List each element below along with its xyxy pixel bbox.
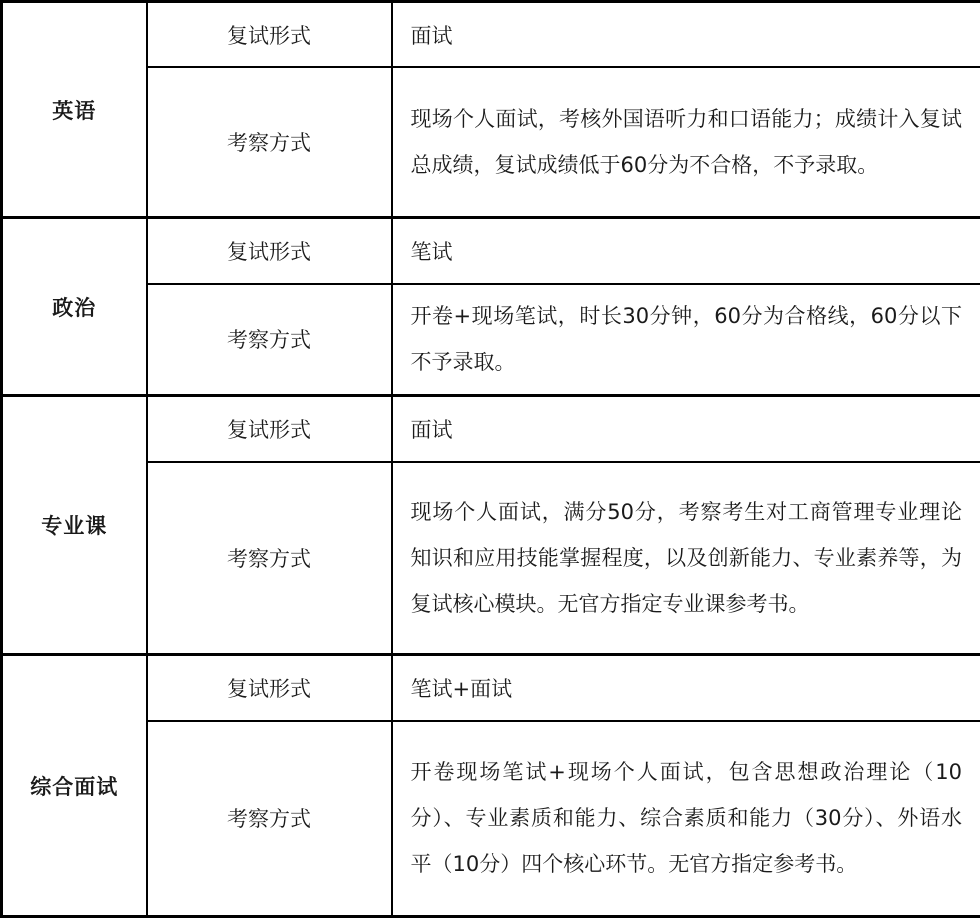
method-value-cell: 开卷+现场笔试，时长30分钟，60分为合格线，60分以下不予录取。 — [392, 284, 980, 396]
table-row: 考察方式 现场个人面试，满分50分，考察考生对工商管理专业理论知识和应用技能掌握… — [2, 462, 980, 655]
table-row: 考察方式 开卷现场笔试+现场个人面试，包含思想政治理论（10分）、专业素质和能力… — [2, 721, 980, 917]
form-label-cell: 复试形式 — [147, 655, 392, 721]
method-value-cell: 现场个人面试，满分50分，考察考生对工商管理专业理论知识和应用技能掌握程度，以及… — [392, 462, 980, 655]
form-value-cell: 面试 — [392, 2, 980, 68]
subject-cell-politics: 政治 — [2, 218, 147, 396]
form-value-cell: 笔试+面试 — [392, 655, 980, 721]
method-label-cell: 考察方式 — [147, 284, 392, 396]
subject-cell-major-course: 专业课 — [2, 396, 147, 655]
form-label-cell: 复试形式 — [147, 218, 392, 284]
table-row: 英语 复试形式 面试 — [2, 2, 980, 68]
subject-cell-english: 英语 — [2, 2, 147, 218]
exam-subjects-table: 英语 复试形式 面试 考察方式 现场个人面试，考核外国语听力和口语能力；成绩计入… — [0, 0, 980, 918]
form-value-cell: 面试 — [392, 396, 980, 462]
table-row: 专业课 复试形式 面试 — [2, 396, 980, 462]
subject-cell-comprehensive-interview: 综合面试 — [2, 655, 147, 917]
table-row: 考察方式 现场个人面试，考核外国语听力和口语能力；成绩计入复试总成绩，复试成绩低… — [2, 67, 980, 217]
table-row: 综合面试 复试形式 笔试+面试 — [2, 655, 980, 721]
method-value-cell: 开卷现场笔试+现场个人面试，包含思想政治理论（10分）、专业素质和能力、综合素质… — [392, 721, 980, 917]
form-label-cell: 复试形式 — [147, 2, 392, 68]
form-label-cell: 复试形式 — [147, 396, 392, 462]
method-label-cell: 考察方式 — [147, 67, 392, 217]
table-row: 政治 复试形式 笔试 — [2, 218, 980, 284]
method-value-cell: 现场个人面试，考核外国语听力和口语能力；成绩计入复试总成绩，复试成绩低于60分为… — [392, 67, 980, 217]
method-label-cell: 考察方式 — [147, 721, 392, 917]
document-page: 英语 复试形式 面试 考察方式 现场个人面试，考核外国语听力和口语能力；成绩计入… — [0, 0, 980, 918]
table-row: 考察方式 开卷+现场笔试，时长30分钟，60分为合格线，60分以下不予录取。 — [2, 284, 980, 396]
form-value-cell: 笔试 — [392, 218, 980, 284]
method-label-cell: 考察方式 — [147, 462, 392, 655]
